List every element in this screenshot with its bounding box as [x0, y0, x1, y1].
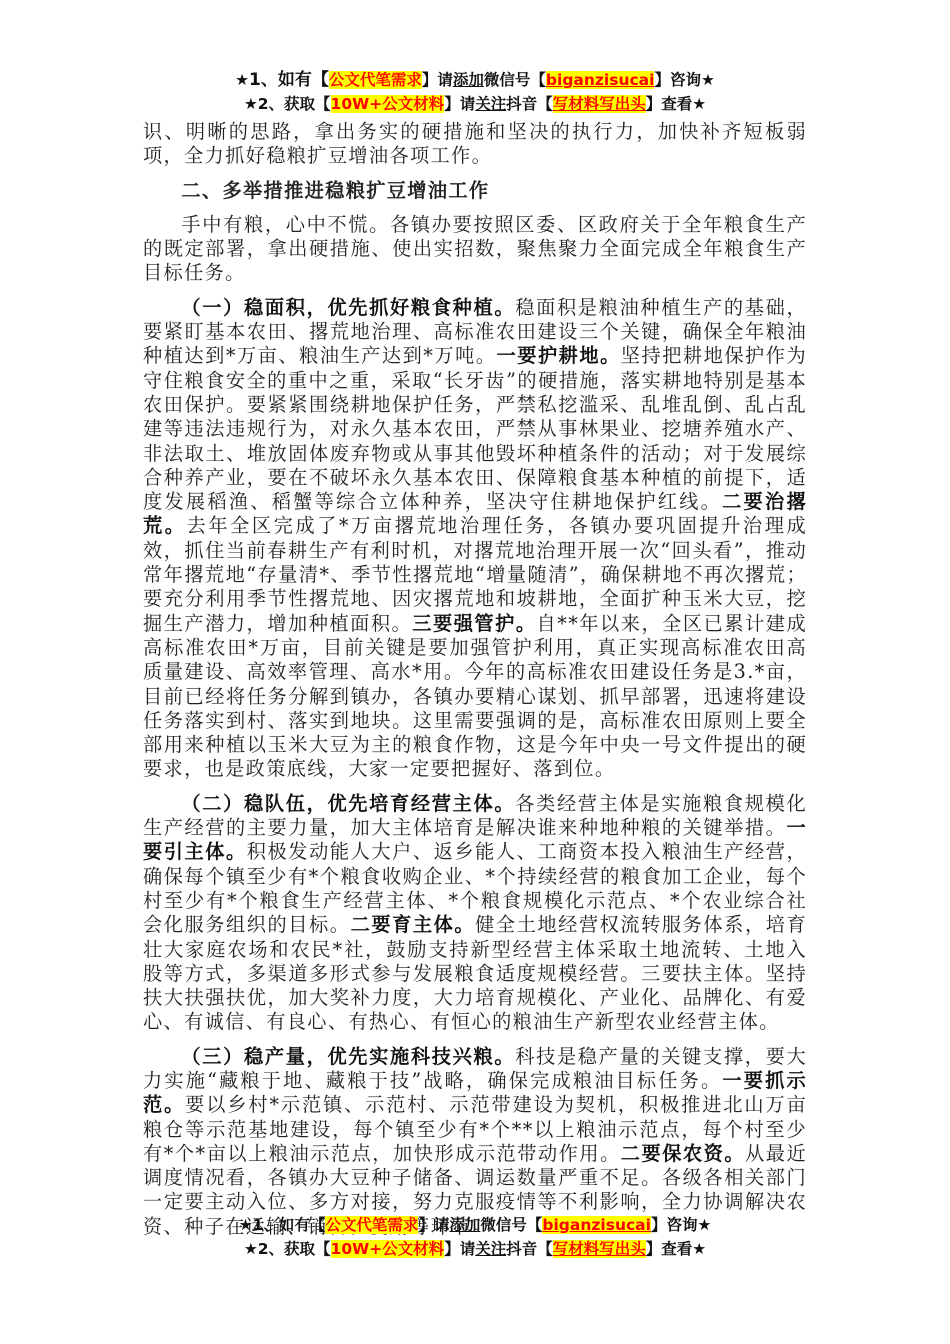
key-point: 二要保农资。 [621, 1142, 745, 1165]
wechat-id-link[interactable]: biganzisucai [542, 1216, 651, 1234]
star-icon: ★ [244, 95, 258, 113]
douyin-account-link[interactable]: 写材料写出头 [553, 95, 646, 113]
promo-banner-top: ★1、如有【公文代笔需求】请添加微信号【biganzisucai】咨询★ ★2、… [0, 68, 950, 116]
douyin-account-link[interactable]: 写材料写出头 [553, 1240, 646, 1258]
highlight-service: 公文代笔需求 [325, 1216, 418, 1234]
subsection-title: （三）稳产量，优先实施科技兴粮。 [181, 1045, 515, 1068]
paragraph-section-3: （三）稳产量，优先实施科技兴粮。科技是稳产量的关键支撑，要大力实施“藏粮于地、藏… [143, 1045, 807, 1239]
promo-line-2: ★2、获取【10W+公文材料】请关注抖音【写材料写出头】查看★ [0, 92, 950, 116]
star-icon: ★ [701, 71, 715, 89]
paragraph-continuation: 识、明晰的思路，拿出务实的硬措施和坚决的执行力，加快补齐短板弱项，全力抓好稳粮扩… [143, 120, 807, 169]
star-icon: ★ [235, 71, 249, 89]
paragraph-section-2: （二）稳队伍，优先培育经营主体。各类经营主体是实施粮食规模化生产经营的主要力量，… [143, 792, 807, 1035]
highlight-materials: 10W+公文材料 [331, 1240, 445, 1258]
document-body: 识、明晰的思路，拿出务实的硬措施和坚决的执行力，加快补齐短板弱项，全力抓好稳粮扩… [143, 120, 807, 1249]
highlight-service: 公文代笔需求 [329, 71, 422, 89]
star-icon: ★ [239, 1216, 253, 1234]
star-icon: ★ [692, 95, 706, 113]
promo-line-1: ★1、如有【公文代笔需求】请添加微信号【biganzisucai】咨询★ [0, 1213, 950, 1237]
wechat-id-link[interactable]: biganzisucai [546, 71, 655, 89]
star-icon: ★ [697, 1216, 711, 1234]
promo-banner-bottom: ★1、如有【公文代笔需求】请添加微信号【biganzisucai】咨询★ ★2、… [0, 1213, 950, 1261]
subsection-title: （一）稳面积，优先抓好粮食种植。 [181, 296, 515, 319]
paragraph-intro: 手中有粮，心中不慌。各镇办要按照区委、区政府关于全年粮食生产的既定部署，拿出硬措… [143, 213, 807, 286]
star-icon: ★ [692, 1240, 706, 1258]
key-point: 三要强管护。 [412, 612, 536, 635]
section-heading: 二、多举措推进稳粮扩豆增油工作 [143, 179, 807, 203]
promo-line-1: ★1、如有【公文代笔需求】请添加微信号【biganzisucai】咨询★ [0, 68, 950, 92]
highlight-materials: 10W+公文材料 [331, 95, 445, 113]
key-point: 二要育主体。 [351, 913, 476, 936]
paragraph-section-1: （一）稳面积，优先抓好粮食种植。稳面积是粮油种植生产的基础，要紧盯基本农田、撂荒… [143, 296, 807, 782]
key-point: 一要护耕地。 [497, 344, 621, 367]
promo-line-2: ★2、获取【10W+公文材料】请关注抖音【写材料写出头】查看★ [0, 1237, 950, 1261]
star-icon: ★ [244, 1240, 258, 1258]
subsection-title: （二）稳队伍，优先培育经营主体。 [181, 792, 515, 815]
